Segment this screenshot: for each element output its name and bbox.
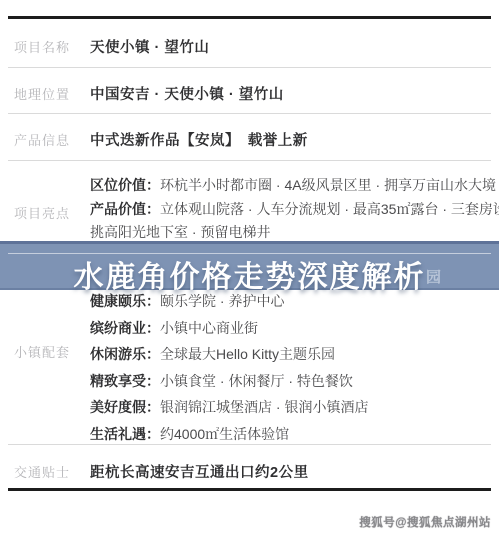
amenity-key: 精致享受： bbox=[90, 373, 160, 389]
banner-title: 水鹿角价格走势深度解析 bbox=[0, 252, 499, 296]
amenity-text: 银润锦江城堡酒店 · 银润小镇酒店 bbox=[160, 399, 368, 415]
top-rule bbox=[8, 16, 491, 19]
row-value-project-name: 天使小镇 · 望竹山 bbox=[90, 36, 209, 57]
row-label-product-info: 产品信息 bbox=[14, 130, 70, 149]
watermark-text: 搜狐号@搜狐焦点湖州站 bbox=[359, 514, 491, 530]
highlight-text: 环杭半小时都市圈 · 4A级风景区里 · 拥享万亩山水大境 bbox=[160, 177, 496, 193]
row-label-highlights: 项目亮点 bbox=[14, 203, 70, 222]
amenity-text: 小镇食堂 · 休闲餐厅 · 特色餐饮 bbox=[160, 373, 353, 389]
amenity-line: 缤纷商业：小镇中心商业街 bbox=[90, 315, 368, 342]
divider bbox=[8, 67, 491, 68]
amenity-key: 休闲游乐： bbox=[90, 346, 160, 362]
amenity-line: 休闲游乐：全球最大Hello Kitty主题乐园 bbox=[90, 341, 368, 368]
info-table-page: 项目名称 天使小镇 · 望竹山 地理位置 中国安吉 · 天使小镇 · 望竹山 产… bbox=[0, 0, 499, 538]
amenity-key: 缤纷商业： bbox=[90, 320, 160, 336]
amenity-text: 小镇中心商业街 bbox=[160, 320, 258, 336]
row-label-amenities: 小镇配套 bbox=[14, 342, 70, 361]
highlight-line: 区位价值：环杭半小时都市圈 · 4A级风景区里 · 拥享万亩山水大境 bbox=[90, 174, 499, 198]
row-value-traffic: 距杭长高速安吉互通出口约2公里 bbox=[90, 461, 309, 482]
amenity-line: 精致享受：小镇食堂 · 休闲餐厅 · 特色餐饮 bbox=[90, 368, 368, 395]
row-label-project-name: 项目名称 bbox=[14, 37, 70, 56]
divider bbox=[8, 113, 491, 114]
highlight-key: 区位价值： bbox=[90, 177, 160, 193]
highlight-text: 挑高阳光地下室 · 预留电梯井 bbox=[90, 224, 270, 240]
amenity-key: 生活礼遇： bbox=[90, 426, 160, 442]
row-label-location: 地理位置 bbox=[14, 84, 70, 103]
amenity-line: 美好度假：银润锦江城堡酒店 · 银润小镇酒店 bbox=[90, 394, 368, 421]
amenities-lines: 健康颐乐：颐乐学院 · 养护中心 缤纷商业：小镇中心商业街 休闲游乐：全球最大H… bbox=[90, 288, 368, 448]
amenity-text: 约4000㎡生活体验馆 bbox=[160, 426, 289, 442]
row-value-location: 中国安吉 · 天使小镇 · 望竹山 bbox=[90, 83, 284, 104]
price-trend-banner: 园 水鹿角价格走势深度解析 bbox=[0, 241, 499, 290]
amenity-text: 全球最大Hello Kitty主题乐园 bbox=[160, 346, 335, 362]
row-value-product-info: 中式迭新作品【安岚】 载誉上新 bbox=[90, 129, 308, 150]
divider bbox=[8, 160, 491, 161]
highlights-lines: 区位价值：环杭半小时都市圈 · 4A级风景区里 · 拥享万亩山水大境 产品价值：… bbox=[90, 174, 499, 245]
bottom-rule bbox=[8, 488, 491, 491]
highlight-text: 立体观山院落 · 人车分流规划 · 最高35㎡露台 · 三套房设计 bbox=[160, 201, 499, 217]
amenity-key: 美好度假： bbox=[90, 399, 160, 415]
row-label-traffic: 交通贴士 bbox=[14, 462, 70, 481]
highlight-line: 产品价值：立体观山院落 · 人车分流规划 · 最高35㎡露台 · 三套房设计 bbox=[90, 198, 499, 222]
highlight-key: 产品价值： bbox=[90, 201, 160, 217]
divider bbox=[8, 444, 491, 445]
